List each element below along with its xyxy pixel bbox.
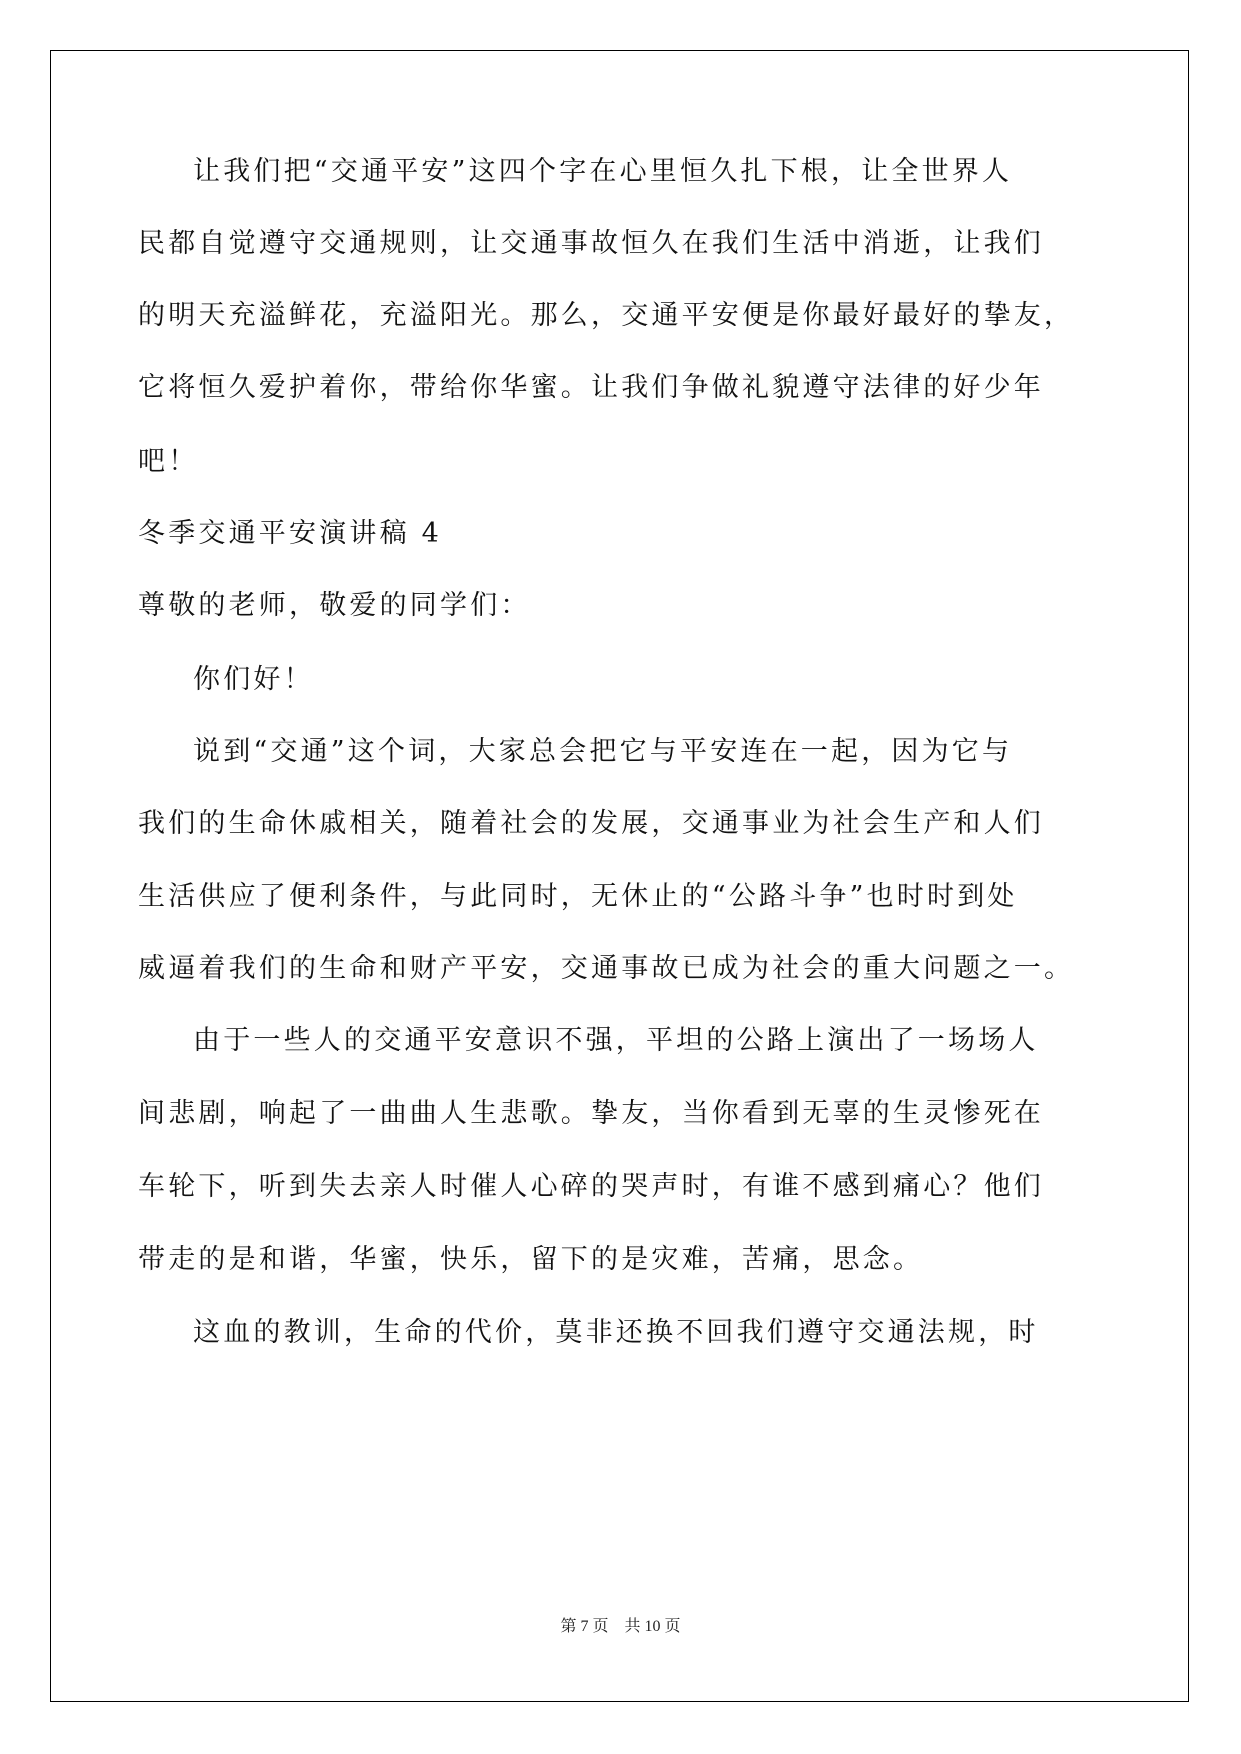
- page-number-footer: 第 7 页 共 10 页: [0, 1613, 1241, 1636]
- section-heading: 冬季交通平安演讲稿 4: [138, 514, 442, 554]
- text-line: 间悲剧，响起了一曲曲人生悲歌。挚友，当你看到无辜的生灵惨死在: [138, 1094, 1044, 1134]
- text-line: 吧！: [138, 442, 198, 482]
- text-line: 民都自觉遵守交通规则，让交通事故恒久在我们生活中消逝，让我们: [138, 224, 1044, 264]
- salutation: 尊敬的老师，敬爱的同学们：: [138, 586, 531, 626]
- text-line: 我们的生命休戚相关，随着社会的发展，交通事业为社会生产和人们: [138, 804, 1044, 844]
- text-line: 这血的教训，生命的代价，莫非还换不回我们遵守交通法规，时: [193, 1313, 1039, 1353]
- text-line: 生活供应了便利条件，与此同时，无休止的“公路斗争”也时时到处: [138, 877, 1018, 917]
- text-line: 由于一些人的交通平安意识不强，平坦的公路上演出了一场场人: [193, 1021, 1039, 1061]
- text-line: 带走的是和谐，华蜜，快乐，留下的是灾难，苦痛，思念。: [138, 1240, 923, 1280]
- greeting: 你们好！: [193, 660, 314, 700]
- text-line: 的明天充溢鲜花，充溢阳光。那么，交通平安便是你最好最好的挚友，: [138, 296, 1074, 336]
- text-line: 说到“交通”这个词，大家总会把它与平安连在一起，因为它与: [193, 732, 1012, 772]
- text-line: 车轮下，听到失去亲人时催人心碎的哭声时，有谁不感到痛心？他们: [138, 1167, 1044, 1207]
- text-line: 让我们把“交通平安”这四个字在心里恒久扎下根，让全世界人: [193, 152, 1012, 192]
- text-line: 它将恒久爱护着你，带给你华蜜。让我们争做礼貌遵守法律的好少年: [138, 368, 1044, 408]
- text-line: 威逼着我们的生命和财产平安，交通事故已成为社会的重大问题之一。: [138, 949, 1074, 989]
